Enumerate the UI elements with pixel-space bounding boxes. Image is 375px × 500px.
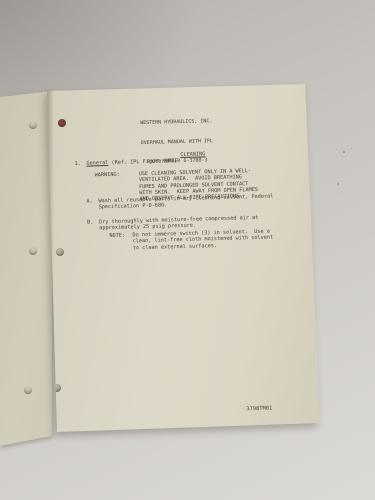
paragraph-heading: General [86,160,108,167]
page-footer: 3798TM01 Page 201 October 1976 [217,387,304,484]
footer-document-code: 3798TM01 [217,404,301,415]
manual-page: WESTERN HYDRAULICS, INC. OVERHAUL MANUAL… [47,84,320,432]
paragraph-number: 1. [74,161,80,167]
note-label: NOTE: [109,233,125,240]
footer-date: October 1976 [219,455,303,466]
punch-hole-back-bottom [24,386,32,394]
item-a-text: Wash all reusable parts in dry-cleaning … [98,193,273,210]
photo-background: WESTERN HYDRAULICS, INC. OVERHAUL MANUAL… [0,0,375,500]
punch-hole-back-top [29,121,37,129]
warning-label: WARNING: [95,172,120,179]
note-text: Do not immerse switch (3) in solvent. Us… [132,228,273,251]
header-company: WESTERN HYDRAULICS, INC. [103,117,249,128]
background-speck [343,151,345,153]
item-a-label: A. [86,199,92,205]
background-speck [337,183,339,185]
background-speck [347,145,348,146]
page-content: WESTERN HYDRAULICS, INC. OVERHAUL MANUAL… [42,80,325,435]
footer-page-number: Page 201 [218,430,302,441]
back-sheet [0,90,52,446]
section-title-text: CLEANING [180,152,205,159]
item-b-label: B. [87,219,93,225]
punch-hole-back-middle [29,247,37,255]
